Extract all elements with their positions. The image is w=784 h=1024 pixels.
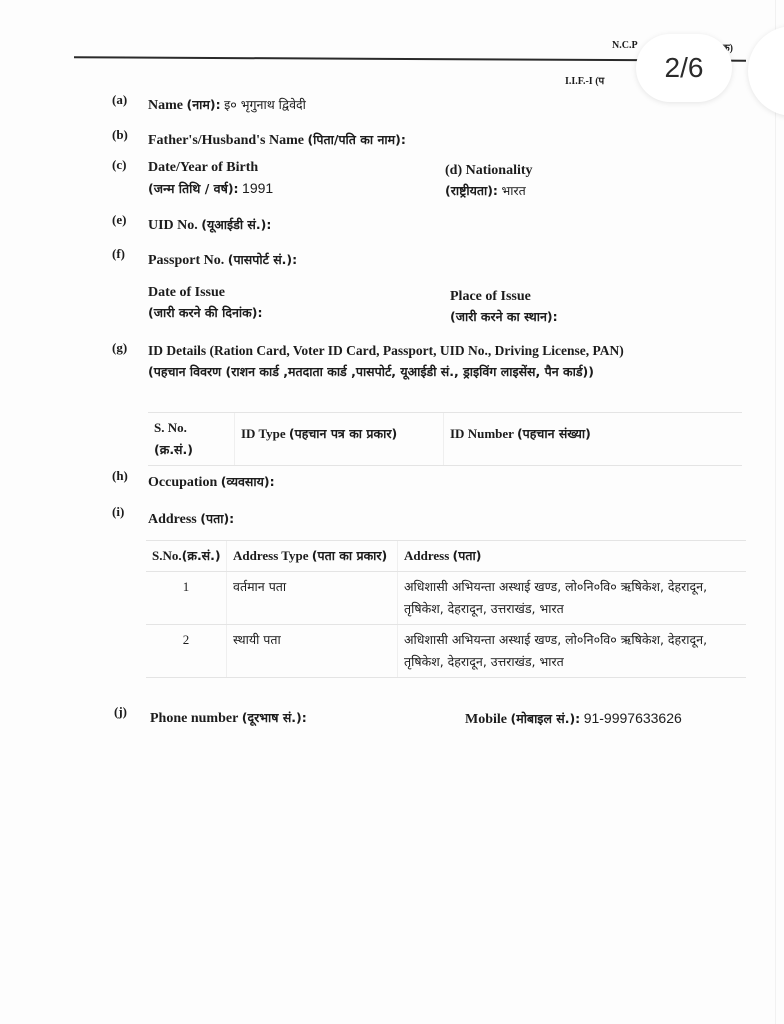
col-header-address-type: Address Type (पता का प्रकार) bbox=[227, 541, 398, 572]
marker-j: (j) bbox=[114, 704, 127, 720]
address-table: S.No.(क्र.सं.) Address Type (पता का प्रक… bbox=[146, 540, 746, 678]
marker-b: (b) bbox=[112, 127, 128, 143]
table-row: 1 वर्तमान पता अधिशासी अभियन्ता अस्थाई खण… bbox=[146, 572, 746, 625]
col-header-id-type: ID Type (पहचान पत्र का प्रकार) bbox=[235, 413, 444, 466]
marker-i: (i) bbox=[112, 504, 124, 520]
field-date-of-issue: Date of Issue (जारी करने की दिनांक): bbox=[148, 283, 262, 323]
col-header-sno: S. No. (क्र.सं.) bbox=[148, 413, 235, 466]
field-mobile: Mobile (मोबाइल सं.): 91-9997633626 bbox=[465, 708, 682, 730]
col-header-address: Address (पता) bbox=[398, 541, 747, 572]
marker-a: (a) bbox=[112, 92, 127, 108]
marker-h: (h) bbox=[112, 468, 128, 484]
field-address: Address (पता): bbox=[148, 509, 234, 530]
field-father-name: Father's/Husband's Name (पिता/पति का नाम… bbox=[148, 130, 406, 151]
table-row: 2 स्थायी पता अधिशासी अभियन्ता अस्थाई खण्… bbox=[146, 625, 746, 678]
field-occupation: Occupation (व्यवसाय): bbox=[148, 472, 275, 493]
marker-g: (g) bbox=[112, 340, 127, 356]
header-code: N.C.P bbox=[612, 40, 638, 51]
field-phone: Phone number (दूरभाष सं.): bbox=[150, 708, 307, 729]
page-counter: 2/6 bbox=[636, 34, 732, 102]
field-passport: Passport No. (पासपोर्ट सं.): bbox=[148, 250, 297, 271]
col-header-id-number: ID Number (पहचान संख्या) bbox=[444, 413, 743, 466]
mobile-value: 91-9997633626 bbox=[584, 710, 682, 726]
document-page: N.C.P क) I.I.F.-I (प ) (a) Name (नाम): इ… bbox=[0, 0, 784, 1024]
dob-value: 1991 bbox=[242, 180, 273, 196]
nationality-value: भारत bbox=[501, 183, 525, 198]
page-edge bbox=[775, 0, 776, 1024]
field-dob: Date/Year of Birth (जन्म तिथि / वर्ष): 1… bbox=[148, 158, 273, 200]
table-header-row: S.No.(क्र.सं.) Address Type (पता का प्रक… bbox=[146, 541, 746, 572]
marker-e: (e) bbox=[112, 212, 126, 228]
field-uid: UID No. (यूआईडी सं.): bbox=[148, 215, 271, 236]
field-nationality: (d) Nationality (राष्ट्रीयता): भारत bbox=[445, 161, 533, 202]
field-name: Name (नाम): इ० भृगुनाथ द्विवेदी bbox=[148, 95, 306, 116]
field-id-details: ID Details (Ration Card, Voter ID Card, … bbox=[148, 341, 738, 383]
field-place-of-issue: Place of Issue (जारी करने का स्थान): bbox=[450, 287, 558, 327]
form-code: I.I.F.-I (प bbox=[565, 73, 604, 87]
marker-f: (f) bbox=[112, 246, 125, 262]
name-value: इ० भृगुनाथ द्विवेदी bbox=[224, 97, 306, 112]
id-details-table: S. No. (क्र.सं.) ID Type (पहचान पत्र का … bbox=[148, 412, 742, 466]
col-header-sno: S.No.(क्र.सं.) bbox=[146, 541, 227, 572]
table-header-row: S. No. (क्र.सं.) ID Type (पहचान पत्र का … bbox=[148, 413, 742, 466]
marker-c: (c) bbox=[112, 157, 126, 173]
